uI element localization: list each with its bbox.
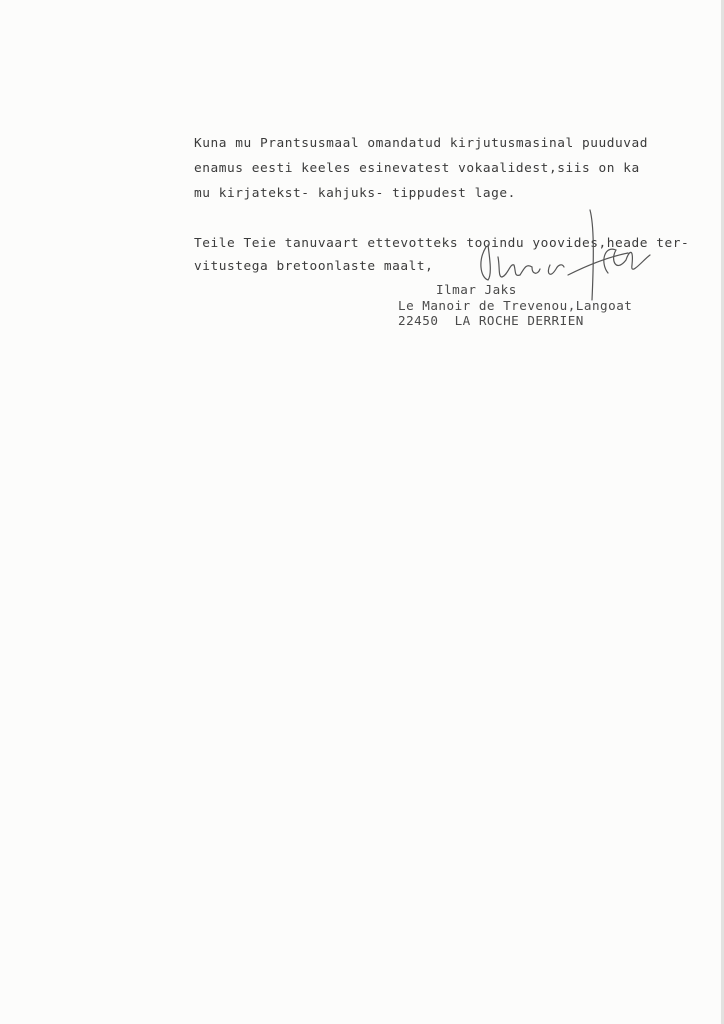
note-line-2: enamus eesti keeles esinevatest vokaalid… [194,161,640,176]
sender-name: Ilmar Jaks [436,282,517,297]
sender-address-line-2: 22450 LA ROCHE DERRIEN [398,313,584,328]
bleed-through-text [200,280,214,327]
closing-line-2: vitustega bretoonlaste maalt, [194,259,433,274]
note-line-1: Kuna mu Prantsusmaal omandatud kirjutusm… [194,136,648,151]
letter-page: Kuna mu Prantsusmaal omandatud kirjutusm… [0,0,724,1024]
sender-address-line-1: Le Manoir de Trevenou,Langoat [398,298,632,313]
note-line-3: mu kirjatekst- kahjuks- tippudest lage. [194,186,516,201]
